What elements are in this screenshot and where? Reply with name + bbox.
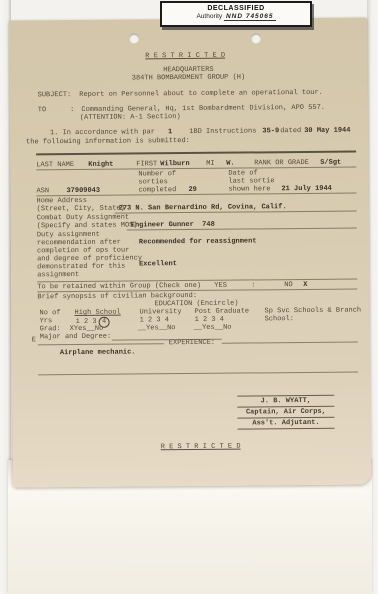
signature-block: J. B. WYATT, Captain, Air Corps, Ass't. … [237, 395, 334, 430]
address-label-2: (Street, City, State) [37, 205, 125, 214]
letterhead-unit: 384TH BOMBARDMENT GROUP (H) [9, 72, 367, 83]
divider [222, 342, 358, 344]
edu-rows-label-1: No of [39, 309, 60, 317]
sorties-label-1: Number of [138, 170, 176, 178]
hole-punch-right [251, 33, 261, 43]
paragraph-mid: 1BD Instructions [189, 127, 256, 136]
duty-recommendation-value: Recommended for reassignment [139, 237, 257, 246]
experience-stray-mark: E [32, 336, 36, 344]
edu-univ-years: 1 2 3 4 [140, 316, 169, 324]
declassified-stamp-authority: Authority NND 745065 [162, 13, 310, 20]
mi-label: MI [206, 160, 214, 168]
divider [38, 372, 358, 376]
hole-punch-left [129, 33, 139, 43]
sorties-label-2: sorties [138, 178, 167, 186]
instructions-number-value: 35-9 [262, 127, 279, 135]
divider [38, 343, 164, 345]
retain-no-mark: X [303, 281, 307, 289]
retain-colon: : [251, 281, 255, 289]
edu-col-highschool: High School [74, 309, 120, 317]
edu-col-postgraduate: Post Graduate [194, 307, 249, 315]
paragraph-line1: 1. In accordance with par11BD Instructio… [50, 127, 351, 138]
experience-value: Airplane mechanic. [60, 348, 136, 357]
retain-no-label: NO [284, 281, 292, 289]
subject-text: Report on Personnel about to complete an… [79, 89, 323, 99]
document-page: R E S T R I C T E D HEADQUARTERS 384TH B… [9, 17, 371, 487]
to-label: TO [38, 106, 46, 114]
authority-label: Authority [196, 13, 222, 20]
rank-value: S/Sgt [320, 159, 341, 167]
subject-line: SUBJECT:Report on Personnel about to com… [38, 89, 323, 99]
signature-title: Ass't. Adjutant. [237, 417, 334, 430]
edu-major-label: Major and Degree: [40, 333, 111, 342]
declassified-stamp-title: DECLASSIFIED [162, 5, 310, 12]
signature-rank: Captain, Air Corps, [237, 406, 334, 418]
last-name-value: Knight [88, 161, 113, 169]
duty-label-line6: assignment [37, 271, 79, 279]
edu-rows-label-2: Yrs [40, 317, 53, 325]
authority-value: NND 745065 [224, 13, 276, 21]
paragraph-intro: 1. In accordance with par [50, 128, 155, 137]
experience-title: EXPERIENCE: [169, 339, 215, 347]
edu-post-years: 1 2 3 4 [195, 316, 224, 324]
declassified-stamp: DECLASSIFIED Authority NND 745065 [160, 1, 312, 27]
dated-label: dated [280, 127, 301, 135]
edu-school-label: School: [265, 315, 294, 323]
first-name-label: FIRST [136, 160, 157, 168]
signature-name: J. B. WYATT, [237, 395, 334, 407]
date-value: 30 May 1944 [304, 127, 350, 135]
sorties-value: 29 [188, 186, 196, 194]
to-colon: : [70, 106, 74, 114]
edu-post-grad: __Yes__No [194, 324, 232, 332]
edu-rows-label-3: Grad: [40, 325, 61, 333]
classification-bottom: R E S T R I C T E D [161, 443, 241, 452]
par-number-value: 1 [168, 128, 172, 136]
edu-univ-grad: __Yes__No [138, 324, 176, 332]
duty-label-line5: demonstrated for this [37, 263, 125, 272]
mi-value: W. [226, 160, 234, 168]
divider-heavy [36, 151, 356, 156]
asn-label: ASN [36, 187, 49, 195]
retain-yes-label: YES [214, 282, 227, 290]
to-line: TO:Commanding General, Hq, 1st Bombardme… [38, 104, 325, 115]
sortie-date-label-1: Date of [228, 169, 257, 177]
to-attention: (ATTENTION: A-1 Section) [80, 113, 181, 122]
first-name-value: Wilburn [160, 160, 189, 168]
classification-top: R E S T R I C T E D [145, 52, 225, 61]
divider [36, 167, 356, 171]
subject-label: SUBJECT: [38, 91, 72, 99]
to-addressee: Commanding General, Hq, 1st Bombardment … [81, 104, 325, 114]
edu-col-university: University [139, 308, 181, 316]
edu-col-service-schools: Sp Svc Schools & Branch [264, 307, 361, 316]
duty-rating-value: Excellent [139, 260, 177, 268]
combat-label-2: (Specify and states MOS) [37, 221, 138, 230]
paragraph-line2: the following information is submitted: [26, 137, 190, 146]
